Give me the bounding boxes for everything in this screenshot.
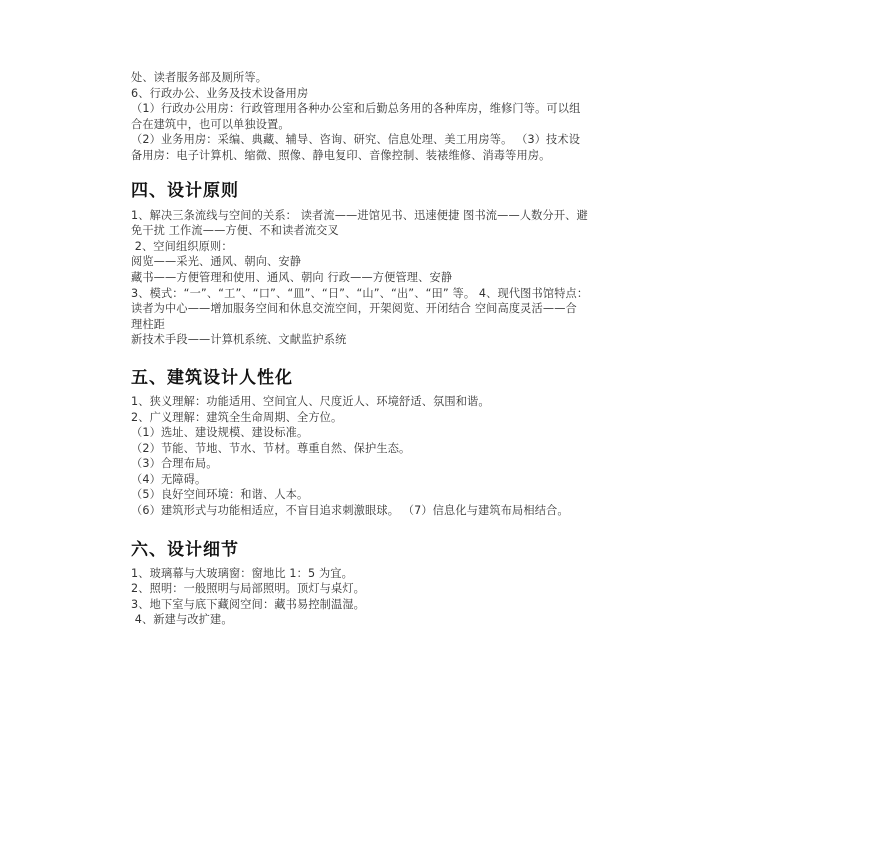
text-line: 3、地下室与底下藏阅空间：藏书易控制温湿。	[131, 597, 743, 613]
text-line: 备用房：电子计算机、缩微、照像、静电复印、音像控制、装裱维修、消毒等用房。	[131, 148, 743, 164]
text-line: （3）合理布局。	[131, 456, 743, 472]
text-line: （4）无障碍。	[131, 472, 743, 488]
section-previous-continued: 处、读者服务部及厕所等。 6、行政办公、业务及技术设备用房 （1）行政办公用房：…	[131, 70, 743, 164]
text-line: 合在建筑中，也可以单独设置。	[131, 117, 743, 133]
text-line: 2、照明：一般照明与局部照明。顶灯与桌灯。	[131, 581, 743, 597]
section-heading: 四、设计原则	[131, 180, 743, 202]
text-line: 4、新建与改扩建。	[131, 612, 743, 628]
section-design-principles: 四、设计原则 1、解决三条流线与空间的关系： 读者流——进馆见书、迅速便捷 图书…	[131, 180, 743, 348]
section-design-details: 六、设计细节 1、玻璃幕与大玻璃窗：窗地比 1：5 为宜。 2、照明：一般照明与…	[131, 539, 743, 628]
text-line: （6）建筑形式与功能相适应，不盲目追求刺激眼球。 （7）信息化与建筑布局相结合。	[131, 503, 743, 519]
text-line: 2、广义理解：建筑全生命周期、全方位。	[131, 410, 743, 426]
text-line: 藏书——方便管理和使用、通风、朝向 行政——方便管理、安静	[131, 270, 743, 286]
section-heading: 六、设计细节	[131, 539, 743, 561]
text-line: （2）业务用房：采编、典藏、辅导、咨询、研究、信息处理、美工用房等。 （3）技术…	[131, 132, 743, 148]
text-line: 1、玻璃幕与大玻璃窗：窗地比 1：5 为宜。	[131, 566, 743, 582]
text-line: （1）选址、建设规模、建设标准。	[131, 425, 743, 441]
text-line: 免干扰 工作流——方便、不和读者流交叉	[131, 223, 743, 239]
text-line: 理柱距	[131, 317, 743, 333]
text-line: 新技术手段——计算机系统、文献监护系统	[131, 332, 743, 348]
section-heading: 五、建筑设计人性化	[131, 367, 743, 389]
text-line: （1）行政办公用房：行政管理用各种办公室和后勤总务用的各种库房，维修门等。可以组	[131, 101, 743, 117]
text-line: （5）良好空间环境：和谐、人本。	[131, 487, 743, 503]
text-line: 读者为中心——增加服务空间和休息交流空间，开架阅览、开闭结合 空间高度灵活——合	[131, 301, 743, 317]
text-line: 3、模式：“一”、“工”、“口”、“皿”、“日”、“山”、“出”、“田” 等。 …	[131, 286, 743, 302]
text-line: 2、空间组织原则：	[131, 239, 743, 255]
text-line: 1、解决三条流线与空间的关系： 读者流——进馆见书、迅速便捷 图书流——人数分开…	[131, 208, 743, 224]
section-humanized-design: 五、建筑设计人性化 1、狭义理解：功能适用、空间宜人、尺度近人、环境舒适、氛围和…	[131, 367, 743, 519]
text-line: 1、狭义理解：功能适用、空间宜人、尺度近人、环境舒适、氛围和谐。	[131, 394, 743, 410]
text-line: 阅览——采光、通风、朝向、安静	[131, 254, 743, 270]
text-line: （2）节能、节地、节水、节材。尊重自然、保护生态。	[131, 441, 743, 457]
text-line: 6、行政办公、业务及技术设备用房	[131, 86, 743, 102]
document-page: 处、读者服务部及厕所等。 6、行政办公、业务及技术设备用房 （1）行政办公用房：…	[131, 70, 743, 628]
text-line: 处、读者服务部及厕所等。	[131, 70, 743, 86]
